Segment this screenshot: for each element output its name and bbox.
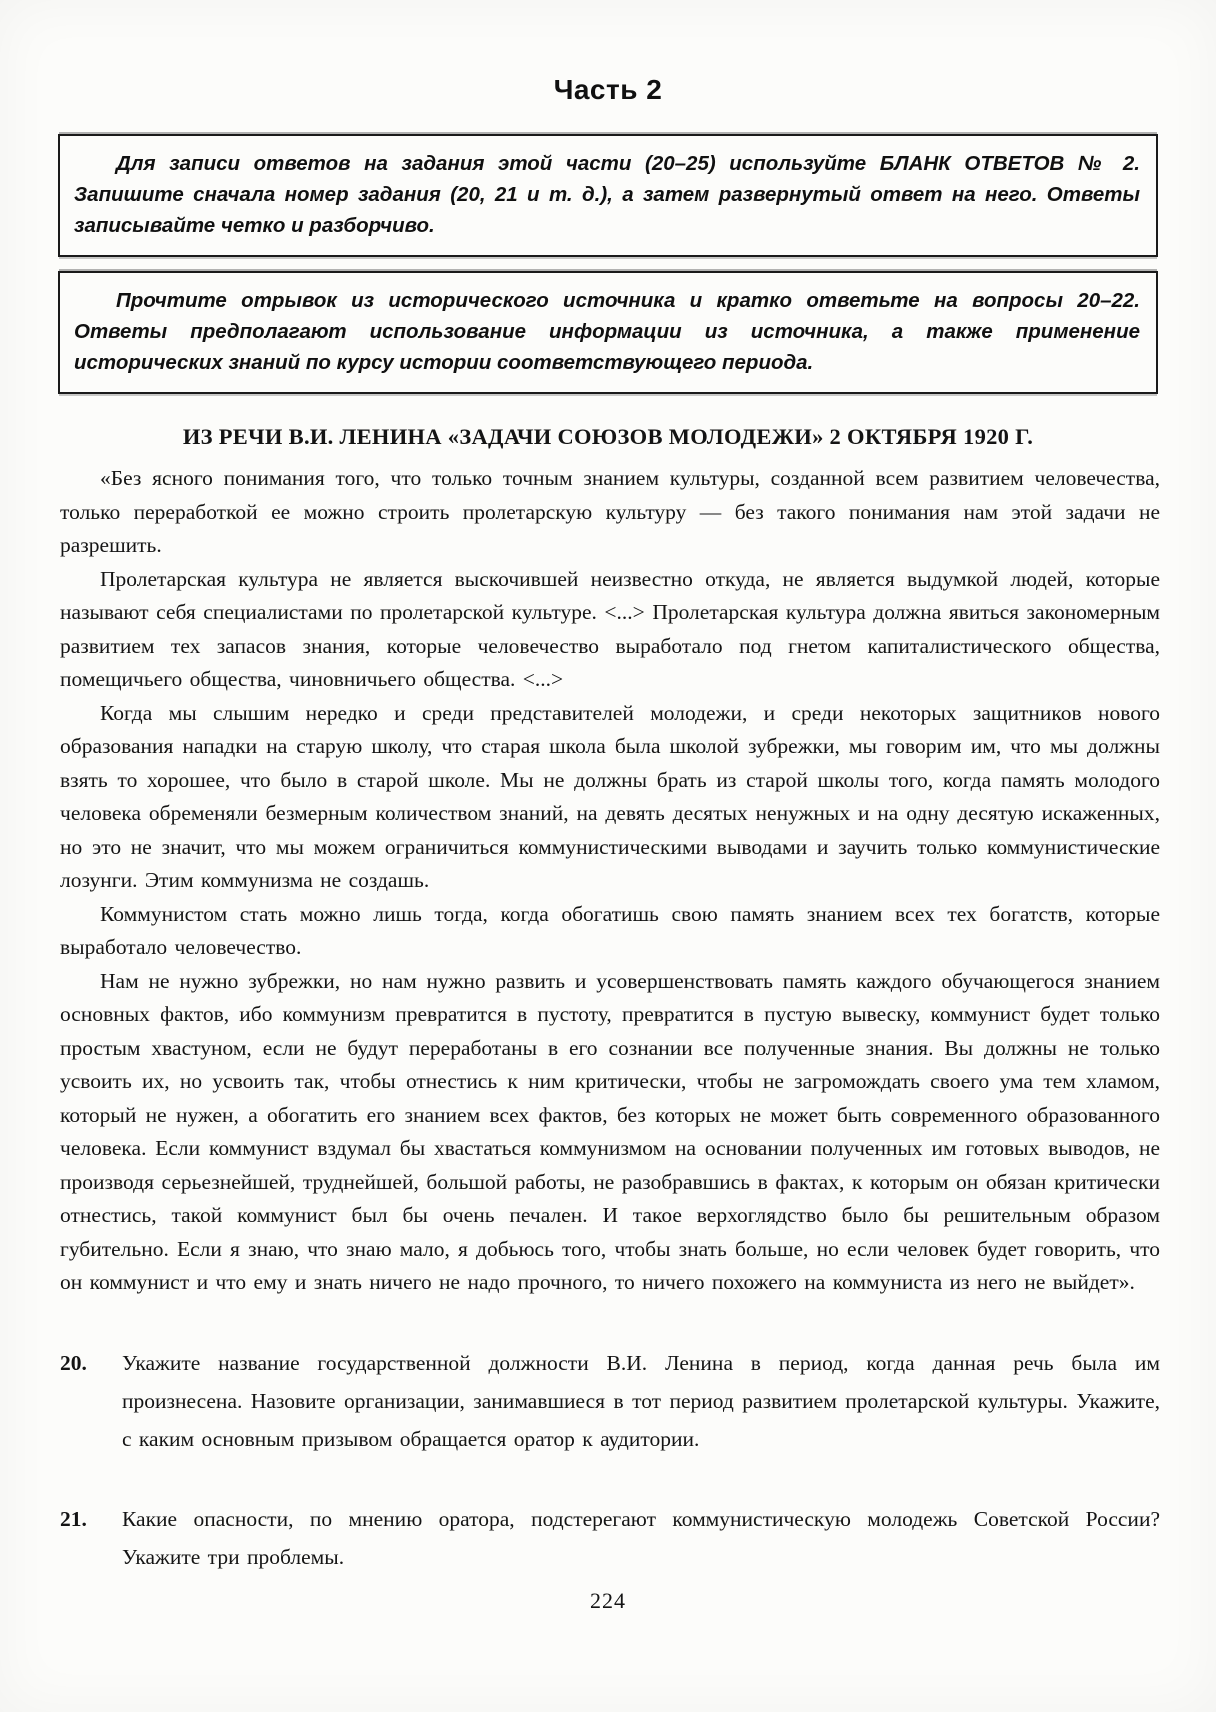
question-21-number: 21. [60,1500,122,1576]
source-paragraph-5: Нам не нужно зубрежки, но нам нужно разв… [60,965,1160,1300]
source-paragraph-2: Пролетарская культура не является выскоч… [60,563,1160,697]
source-paragraph-4: Коммунистом стать можно лишь тогда, когд… [60,898,1160,965]
instruction-box-read-source: Прочтите отрывок из исторического источн… [58,271,1158,394]
source-text: «Без ясного понимания того, что только т… [60,462,1160,1300]
instruction-answer-sheet-text: Для записи ответов на задания этой части… [74,148,1140,241]
instruction-read-source-text: Прочтите отрывок из исторического источн… [74,285,1140,378]
page-number: 224 [0,1588,1216,1614]
source-paragraph-3: Когда мы слышим нередко и среди представ… [60,697,1160,898]
question-21-text: Какие опасности, по мнению оратора, подс… [122,1500,1160,1576]
instruction-box-answer-sheet: Для записи ответов на задания этой части… [58,134,1158,257]
source-paragraph-1: «Без ясного понимания того, что только т… [60,462,1160,563]
part-title: Часть 2 [0,0,1216,106]
question-20-text: Укажите название государственной должнос… [122,1344,1160,1458]
book-page: Часть 2 Для записи ответов на задания эт… [0,0,1216,1712]
question-20: 20. Укажите название государственной дол… [60,1344,1160,1458]
source-heading: ИЗ РЕЧИ В.И. ЛЕНИНА «ЗАДАЧИ СОЮЗОВ МОЛОД… [60,424,1156,450]
question-21: 21. Какие опасности, по мнению оратора, … [60,1500,1160,1576]
question-20-number: 20. [60,1344,122,1458]
